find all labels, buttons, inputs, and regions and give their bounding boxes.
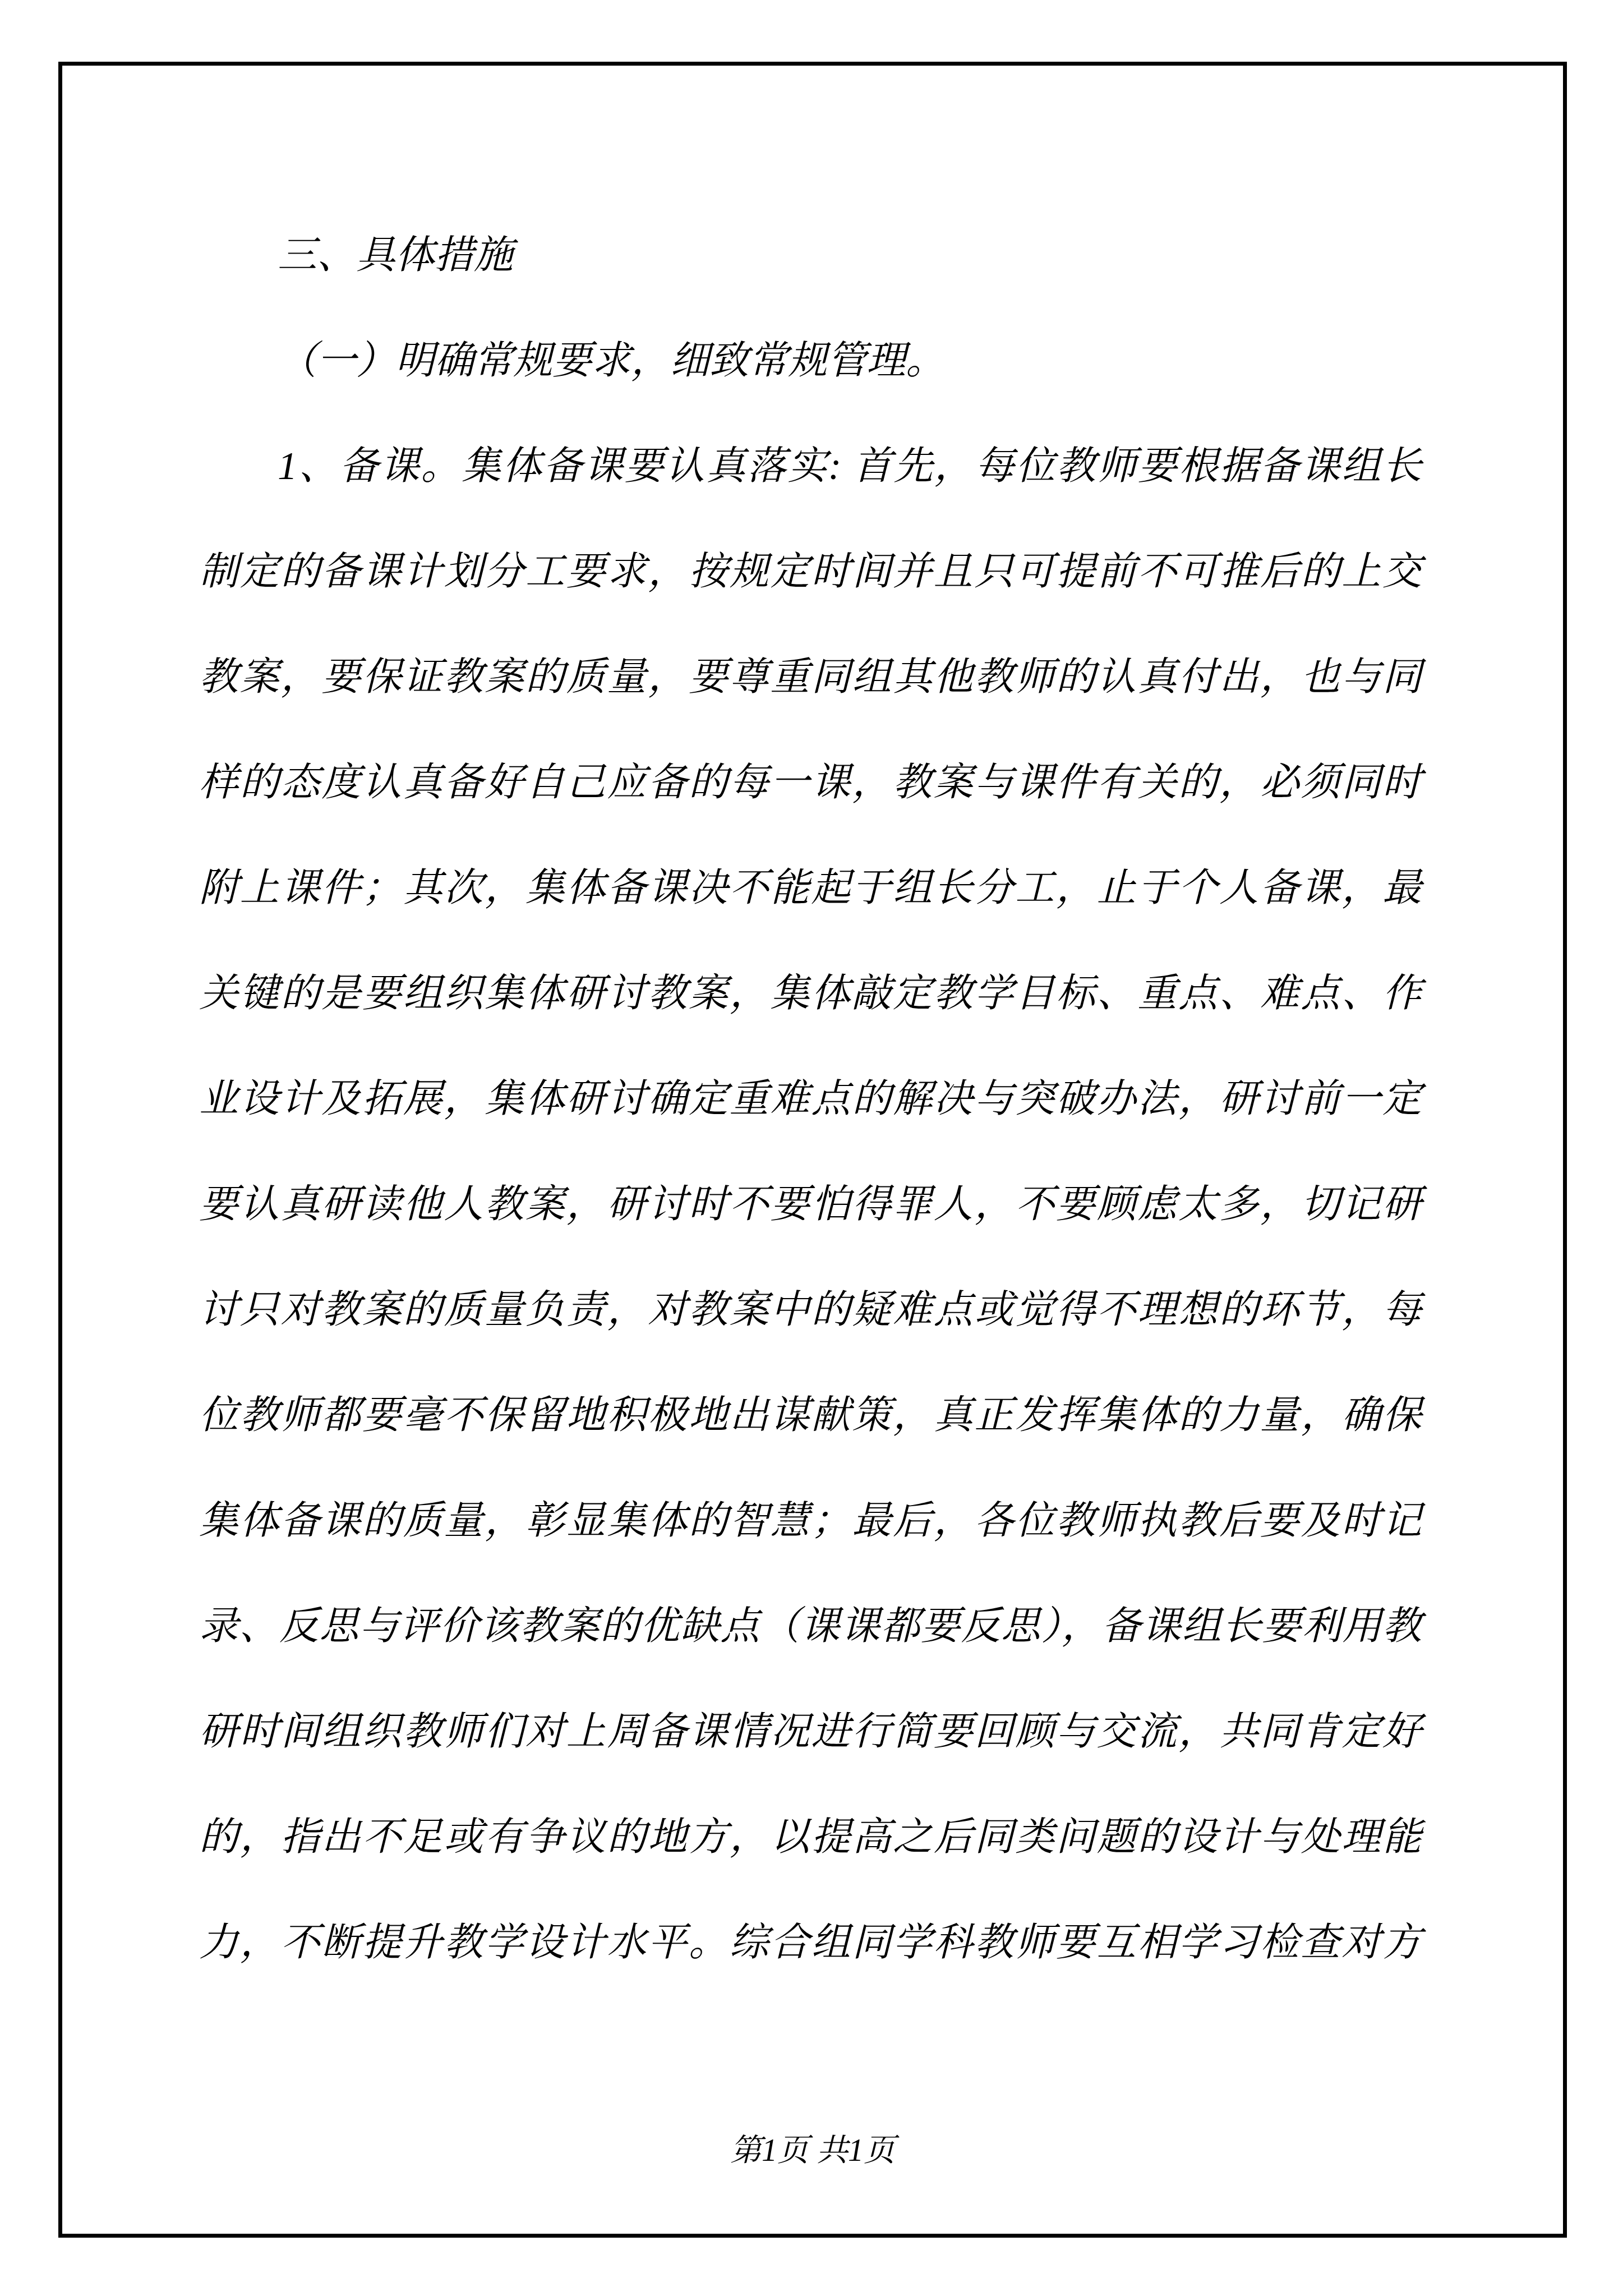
text-line: 位教师都要毫不保留地积极地出谋献策，真正发挥集体的力量，确保 <box>199 1363 1422 1469</box>
text-line: 集体备课的质量，彰显集体的智慧；最后，各位教师执教后要及时记 <box>199 1469 1422 1574</box>
text-line: 讨只对教案的质量负责，对教案中的疑难点或觉得不理想的环节，每 <box>199 1258 1422 1363</box>
text-line: 业设计及拓展，集体研讨确定重难点的解决与突破办法，研讨前一定 <box>199 1047 1422 1152</box>
page-border-frame: 三、具体措施 （一）明确常规要求，细致常规管理。 1、备课。集体备课要认真落实:… <box>58 62 1567 2238</box>
page-footer: 第1页 共1页 <box>62 2135 1563 2166</box>
text-line: 制定的备课计划分工要求，按规定时间并且只可提前不可推后的上交 <box>199 519 1422 625</box>
text-line: 力，不断提升教学设计水平。综合组同学科教师要互相学习检查对方 <box>199 1890 1422 1996</box>
text-line: 研时间组织教师们对上周备课情况进行简要回顾与交流，共同肯定好 <box>199 1680 1422 1785</box>
text-line: 教案，要保证教案的质量，要尊重同组其他教师的认真付出，也与同 <box>199 625 1422 730</box>
text-line: 关键的是要组织集体研讨教案，集体敲定教学目标、重点、难点、作 <box>199 941 1422 1047</box>
subsection-heading: （一）明确常规要求，细致常规管理。 <box>199 309 1422 414</box>
section-heading: 三、具体措施 <box>199 203 1422 309</box>
text-line: 要认真研读他人教案，研讨时不要怕得罪人，不要顾虑太多，切记研 <box>199 1152 1422 1258</box>
document-body: 三、具体措施 （一）明确常规要求，细致常规管理。 1、备课。集体备课要认真落实:… <box>199 203 1422 1996</box>
text-line: 样的态度认真备好自己应备的每一课，教案与课件有关的，必须同时 <box>199 730 1422 836</box>
text-line: 1、备课。集体备课要认真落实: 首先，每位教师要根据备课组长 <box>199 414 1422 519</box>
text-line: 的，指出不足或有争议的地方，以提高之后同类问题的设计与处理能 <box>199 1785 1422 1890</box>
text-line: 录、反思与评价该教案的优缺点（课课都要反思），备课组长要利用教 <box>199 1574 1422 1680</box>
text-line: 附上课件；其次，集体备课决不能起于组长分工，止于个人备课，最 <box>199 836 1422 941</box>
